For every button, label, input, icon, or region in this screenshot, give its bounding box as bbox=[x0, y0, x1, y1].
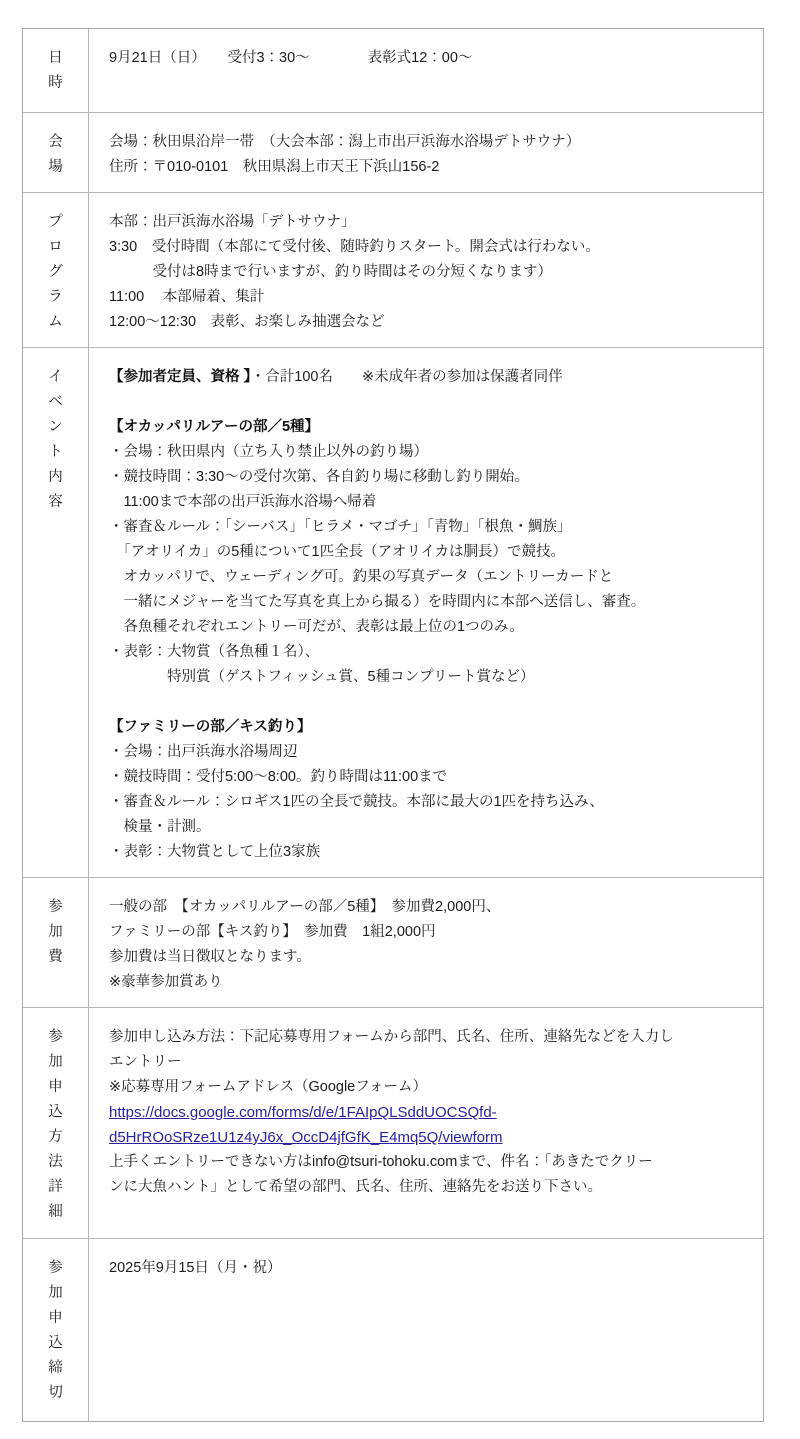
apply-fallback-text: 上手くエントリーできない方はinfo@tsuri-tohoku.comまで、件名… bbox=[109, 1150, 743, 1200]
header-cell-venue: 会場 bbox=[23, 113, 89, 192]
venue-text: 会場：秋田県沿岸一帯 （大会本部：潟上市出戸浜海水浴場デトサウナ） 住所：〒01… bbox=[109, 130, 743, 180]
header-label-datetime: 日時 bbox=[48, 46, 64, 96]
header-cell-apply-method: 参加申込方法詳細 bbox=[23, 1008, 89, 1238]
header-cell-program: プログラム bbox=[23, 193, 89, 347]
fee-text: 一般の部 【オカッパリルアーの部／5種】 参加費2,000円、 ファミリーの部【… bbox=[109, 895, 743, 995]
lure-section-text: ・会場：秋田県内（立ち入り禁止以外の釣り場） ・競技時間：3:30～の受付次第、… bbox=[109, 440, 743, 690]
header-label-program: プログラム bbox=[48, 210, 64, 335]
content-cell-venue: 会場：秋田県沿岸一帯 （大会本部：潟上市出戸浜海水浴場デトサウナ） 住所：〒01… bbox=[89, 113, 763, 192]
family-section-heading: 【ファミリーの部／キス釣り】 bbox=[109, 715, 743, 740]
spacer bbox=[109, 390, 743, 415]
content-cell-fee: 一般の部 【オカッパリルアーの部／5種】 参加費2,000円、 ファミリーの部【… bbox=[89, 878, 763, 1007]
content-cell-apply-method: 参加申し込み方法：下記応募専用フォームから部門、氏名、住所、連絡先などを入力し … bbox=[89, 1008, 763, 1238]
row-venue: 会場 会場：秋田県沿岸一帯 （大会本部：潟上市出戸浜海水浴場デトサウナ） 住所：… bbox=[23, 113, 763, 193]
row-fee: 参加費 一般の部 【オカッパリルアーの部／5種】 参加費2,000円、 ファミリ… bbox=[23, 878, 763, 1008]
header-cell-apply-deadline: 参加申込締切 bbox=[23, 1239, 89, 1421]
capacity-line: 【参加者定員、資格 】・合計100名 ※未成年者の参加は保護者同伴 bbox=[109, 365, 743, 390]
capacity-text: ・合計100名 ※未成年者の参加は保護者同伴 bbox=[251, 369, 563, 385]
header-cell-event-details: イベント内容 bbox=[23, 348, 89, 877]
content-cell-apply-deadline: 2025年9月15日（月・祝） bbox=[89, 1239, 763, 1421]
google-form-link[interactable]: https://docs.google.com/forms/d/e/1FAIpQ… bbox=[109, 1100, 743, 1150]
lure-section-heading: 【オカッパリルアーの部／5種】 bbox=[109, 415, 743, 440]
row-event-details: イベント内容 【参加者定員、資格 】・合計100名 ※未成年者の参加は保護者同伴… bbox=[23, 348, 763, 878]
datetime-text: 9月21日（日） 受付3：30～ 表彰式12：00～ bbox=[109, 46, 743, 71]
content-cell-datetime: 9月21日（日） 受付3：30～ 表彰式12：00～ bbox=[89, 29, 763, 112]
program-text: 本部：出戸浜海水浴場「デトサウナ」 3:30 受付時間（本部にて受付後、随時釣り… bbox=[109, 210, 743, 335]
google-form-url-line1[interactable]: https://docs.google.com/forms/d/e/1FAIpQ… bbox=[109, 1104, 497, 1121]
row-datetime: 日時 9月21日（日） 受付3：30～ 表彰式12：00～ bbox=[23, 29, 763, 113]
row-program: プログラム 本部：出戸浜海水浴場「デトサウナ」 3:30 受付時間（本部にて受付… bbox=[23, 193, 763, 348]
header-cell-fee: 参加費 bbox=[23, 878, 89, 1007]
header-label-event-details: イベント内容 bbox=[48, 365, 64, 515]
apply-intro-text: 参加申し込み方法：下記応募専用フォームから部門、氏名、住所、連絡先などを入力し … bbox=[109, 1025, 743, 1100]
event-info-table: 日時 9月21日（日） 受付3：30～ 表彰式12：00～ 会場 会場：秋田県沿… bbox=[22, 28, 764, 1422]
content-cell-event-details: 【参加者定員、資格 】・合計100名 ※未成年者の参加は保護者同伴 【オカッパリ… bbox=[89, 348, 763, 877]
header-label-apply-method: 参加申込方法詳細 bbox=[48, 1025, 64, 1225]
header-label-apply-deadline: 参加申込締切 bbox=[48, 1256, 64, 1406]
deadline-text: 2025年9月15日（月・祝） bbox=[109, 1256, 743, 1281]
header-cell-datetime: 日時 bbox=[23, 29, 89, 112]
row-apply-deadline: 参加申込締切 2025年9月15日（月・祝） bbox=[23, 1239, 763, 1421]
header-label-venue: 会場 bbox=[48, 130, 64, 180]
spacer bbox=[109, 690, 743, 715]
content-cell-program: 本部：出戸浜海水浴場「デトサウナ」 3:30 受付時間（本部にて受付後、随時釣り… bbox=[89, 193, 763, 347]
capacity-heading: 【参加者定員、資格 】 bbox=[109, 369, 251, 385]
family-section-text: ・会場：出戸浜海水浴場周辺 ・競技時間：受付5:00～8:00。釣り時間は11:… bbox=[109, 740, 743, 865]
row-apply-method: 参加申込方法詳細 参加申し込み方法：下記応募専用フォームから部門、氏名、住所、連… bbox=[23, 1008, 763, 1239]
google-form-url-line2[interactable]: d5HrROoSRze1U1z4yJ6x_OccD4jfGfK_E4mq5Q/v… bbox=[109, 1129, 502, 1146]
header-label-fee: 参加費 bbox=[48, 895, 64, 970]
